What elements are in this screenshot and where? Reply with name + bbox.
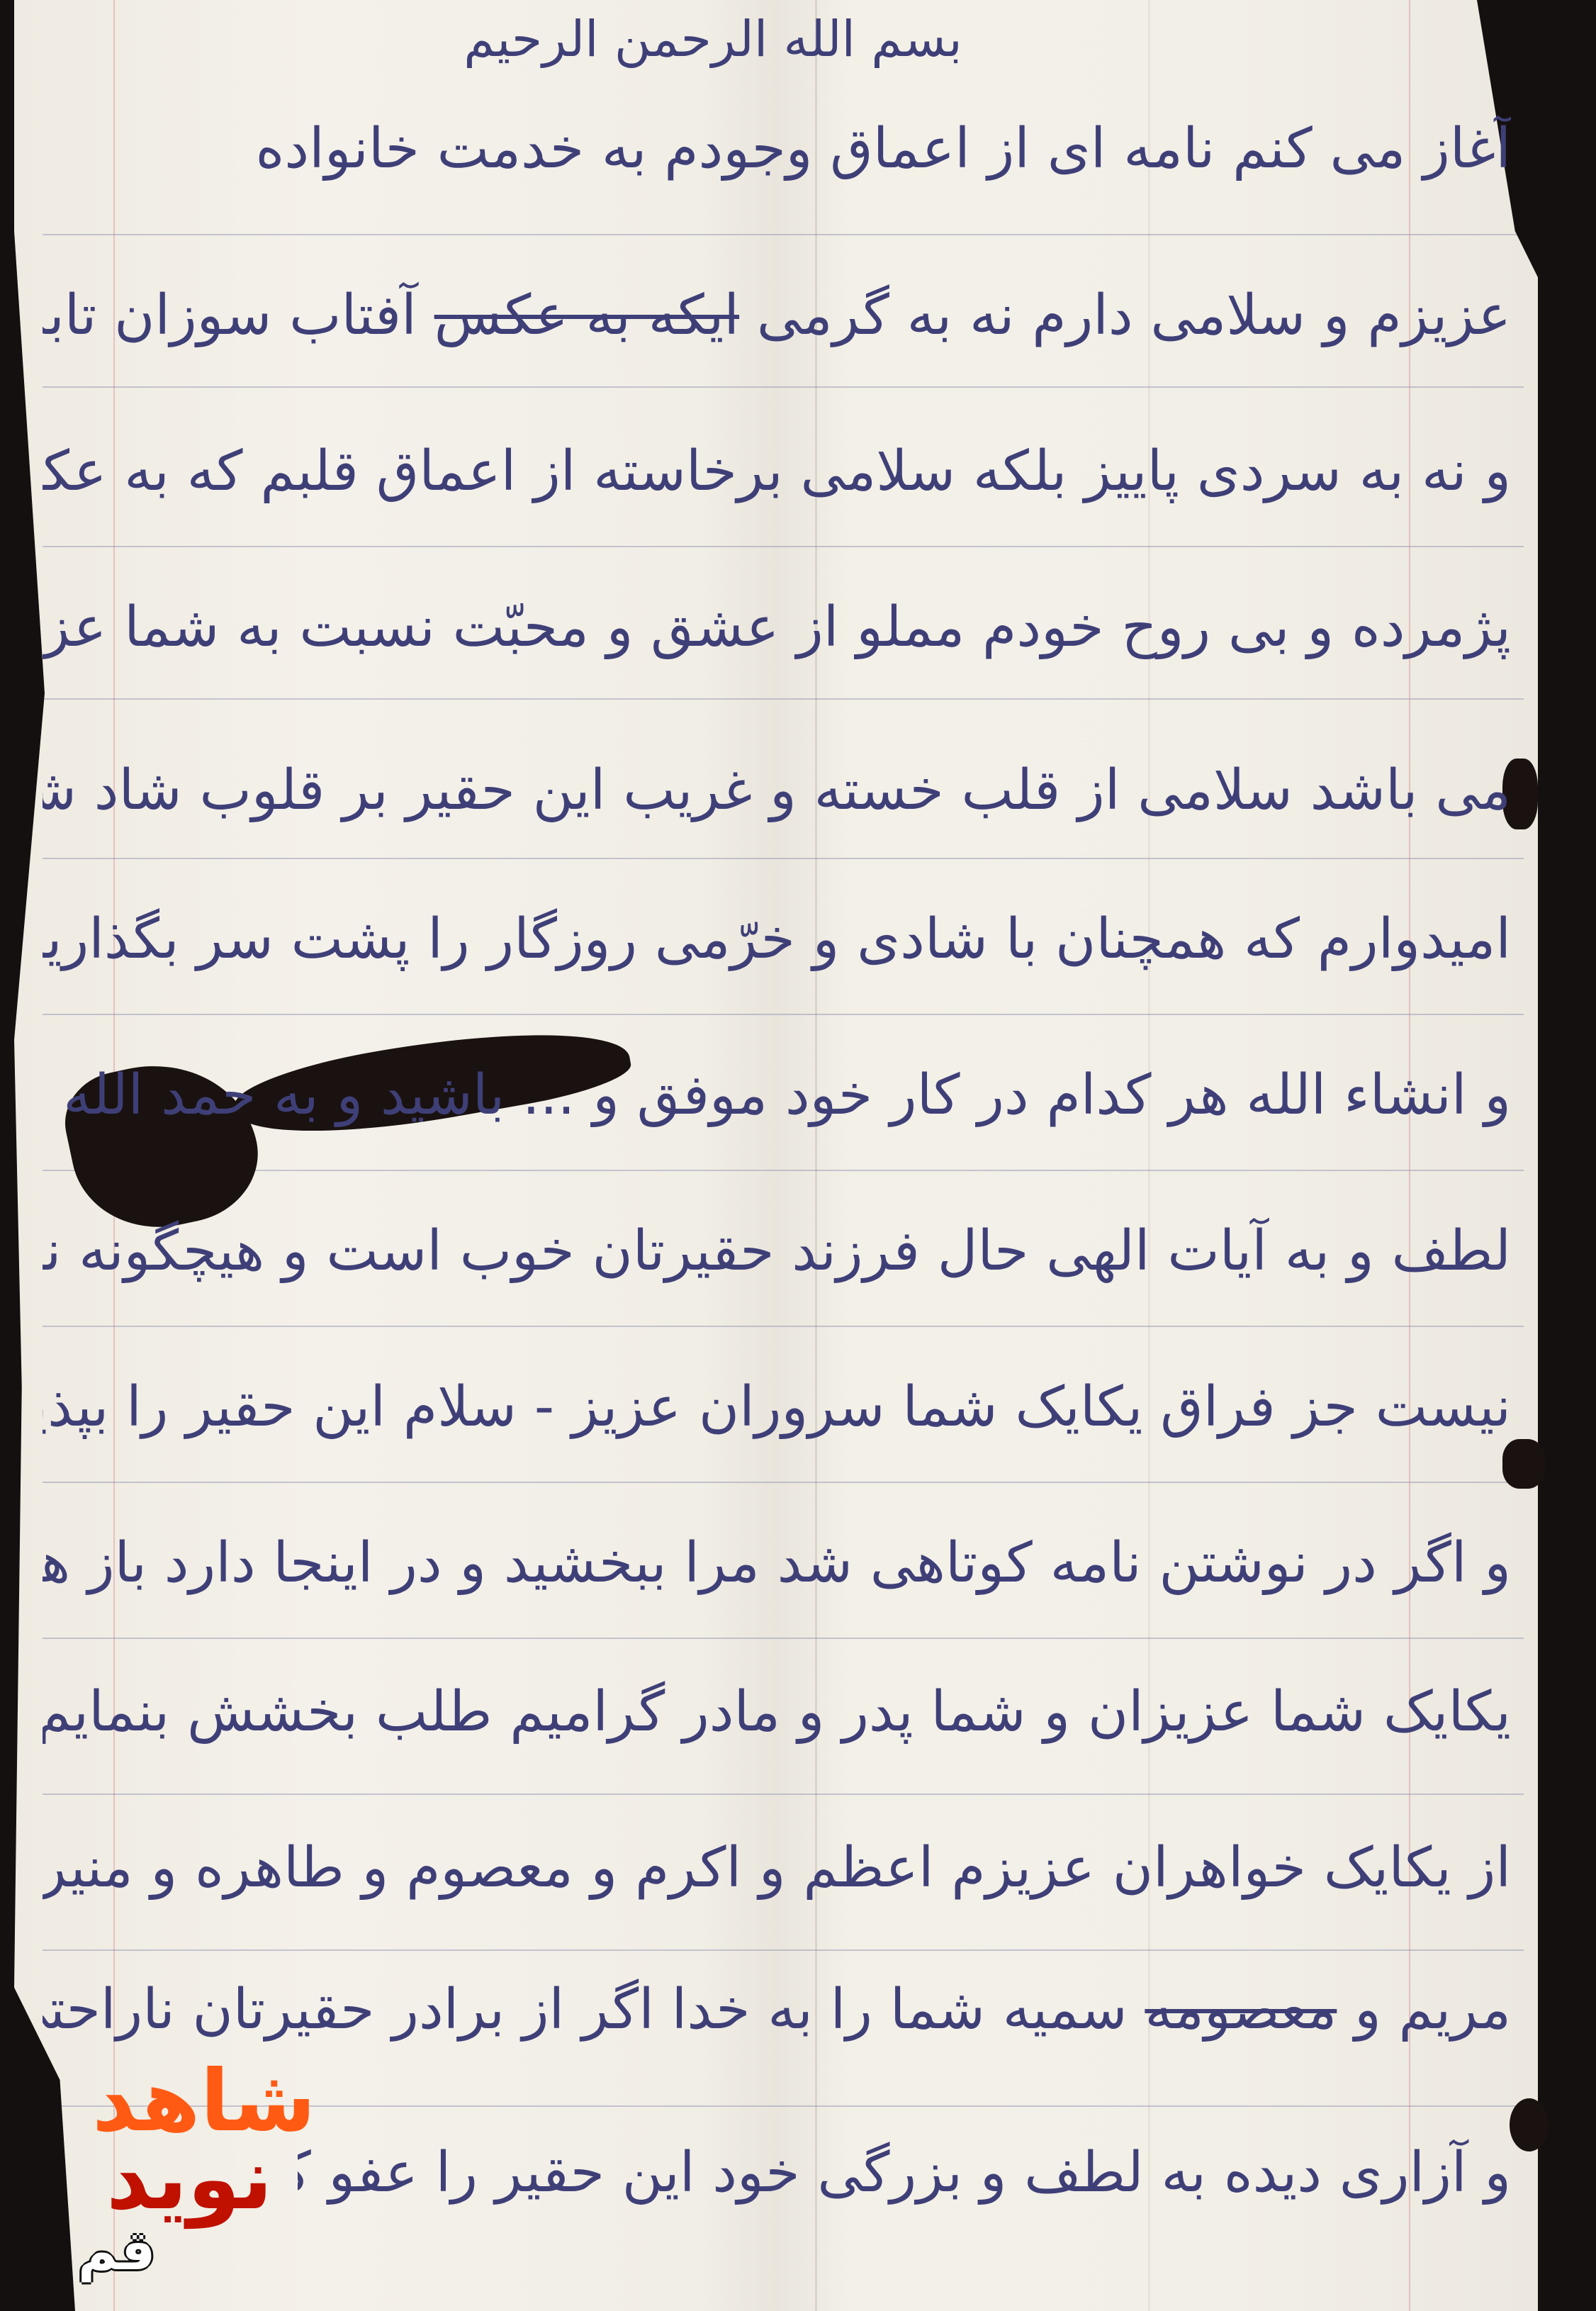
letter-line-6: امیدوارم که همچنان با شادی و خرّمی روزگا… (43, 900, 1511, 978)
letter-line-13: مریم و معصومه سمیه شما را به خدا اگر از … (43, 1971, 1511, 2049)
ruled-line (43, 1326, 1524, 1327)
line13-text: مریم و (1354, 1978, 1511, 2042)
logo-city-qom: قم (78, 2219, 155, 2283)
line2-text: عزیزم و سلامی دارم نه به گرمی (757, 284, 1511, 347)
ruled-line (43, 1949, 1524, 1951)
letter-line-2: عزیزم و سلامی دارم نه به گرمی ایکه به عک… (43, 276, 1511, 354)
ruled-line (43, 1014, 1524, 1015)
letter-line-9: نیست جز فراق یکایک شما سروران عزیز - سلا… (43, 1368, 1511, 1446)
ruled-line (43, 858, 1524, 859)
letter-line-8: لطف و به آیات الهی حال فرزند حقیرتان خوب… (43, 1212, 1511, 1290)
line13-rest: سمیه شما را به خدا اگر از برادر حقیرتان … (43, 1978, 1128, 2042)
letter-header-bismillah: بسم الله الرحمن الرحیم (43, 0, 1383, 78)
burn-hole (1510, 2098, 1549, 2151)
letter-line-12: از یکایک خواهران عزیزم اعظم و اکرم و معص… (43, 1829, 1511, 1907)
struck-out-text: ایکه به عکس (434, 284, 739, 347)
logo-word-navid: نوید (106, 2134, 273, 2226)
ruled-line (43, 386, 1524, 388)
letter-line-14: و آزاری دیده به لطف و بزرگی خود این حقیر… (298, 2134, 1511, 2212)
ruled-line (43, 1482, 1524, 1483)
navid-shahed-qom-logo: شاهد نوید قم (78, 2056, 333, 2283)
burn-hole (1502, 1439, 1545, 1489)
ruled-line (43, 1794, 1524, 1795)
letter-line-3: و نه به سردی پاییز بلکه سلامی برخاسته از… (43, 432, 1511, 510)
line2-rest: آفتاب سوزان تابستان (43, 284, 417, 347)
letter-line-10: و اگر در نوشتن نامه کوتاهی شد مرا ببخشید… (43, 1524, 1511, 1602)
ruled-line (43, 546, 1524, 547)
letter-line-7: و انشاء الله هر کدام در کار خود موفق و .… (43, 1056, 1511, 1134)
letter-line-4: پژمرده و بی روح خودم مملو از عشق و محبّت… (43, 588, 1511, 666)
ruled-line (43, 698, 1524, 700)
letter-line-11: یکایک شما عزیزان و شما پدر و مادر گرامیم… (43, 1673, 1511, 1751)
letter-line-5: می باشد سلامی از قلب خسته و غریب این حقی… (43, 751, 1511, 829)
letter-line-1: آغاز می کنم نامه ای از اعماق وجودم به خد… (43, 110, 1511, 188)
ruled-line (43, 234, 1524, 235)
ruled-line (43, 1170, 1524, 1171)
struck-out-text: معصومه (1145, 1978, 1337, 2042)
ruled-line (43, 1638, 1524, 1639)
